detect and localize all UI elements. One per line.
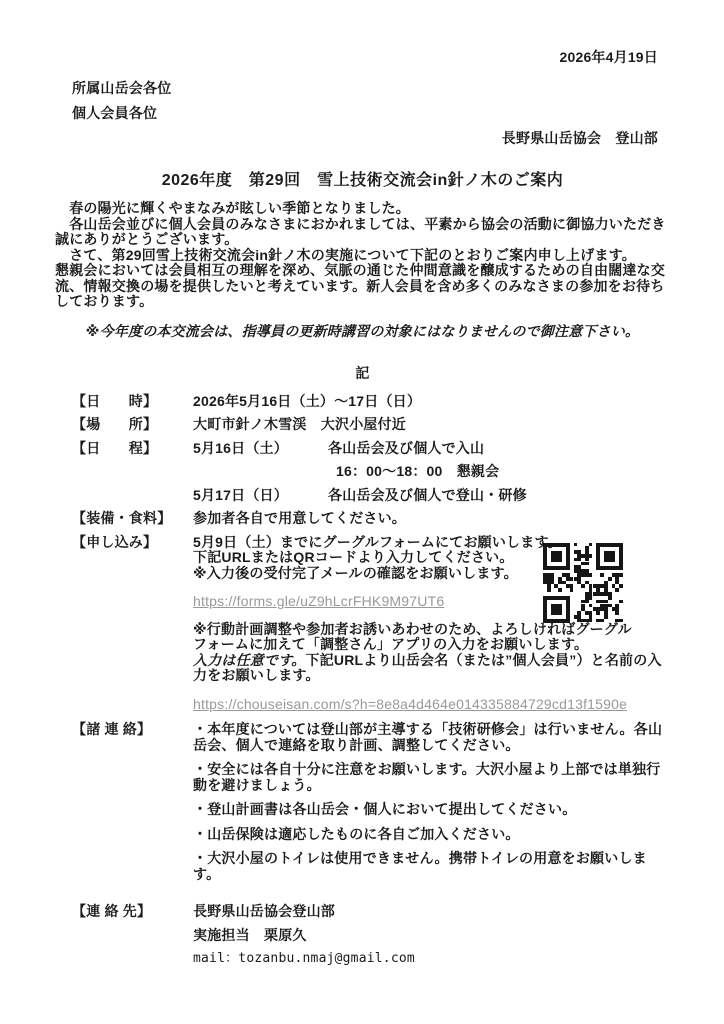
- sender-organization: 長野県山岳協会 登山部: [55, 131, 658, 147]
- intro-line: 懇親会においては会員相互の理解を深め、気脈の通じた仲間意識を醸成するための自由闊…: [55, 263, 670, 279]
- intro-line: 春の陽光に輝くやまなみが眩しい季節となりました。: [55, 201, 670, 217]
- note-line: 動を避けましょう。: [193, 778, 670, 794]
- schedule-activity: 16：00～18：00 懇親会: [328, 464, 499, 480]
- qr-finder-icon: [543, 543, 570, 570]
- detail-row-equipment: 【装備・食料】 参加者各自で用意してください。: [55, 511, 670, 527]
- detail-row-application: 【申し込み】 5月9日（土）までにグーグルフォームにてお願いします。 下記URL…: [55, 535, 670, 715]
- equipment-value: 参加者各自で用意してください。: [193, 511, 670, 527]
- qr-finder-icon: [543, 596, 570, 623]
- schedule-date: [193, 464, 328, 480]
- intro-line: さて、第29回雪上技術交流会in針ノ木の実施について下記のとおりご案内申し上げま…: [55, 248, 670, 264]
- intro-line: しております。: [55, 294, 670, 310]
- note-line: ・山岳保険は適応したものに各自ご加入ください。: [193, 827, 670, 843]
- schedule-row: 16：00～18：00 懇親会: [193, 464, 670, 480]
- recipient-individual-members: 個人会員各位: [72, 106, 670, 122]
- note-item: ・登山計画書は各山岳会・個人において提出してください。: [193, 802, 670, 818]
- schedule-row: 5月17日（日） 各山岳会及び個人で登山・研修: [193, 488, 670, 504]
- chouseisan-link[interactable]: https://chouseisan.com/s?h=8e8a4d464e014…: [193, 697, 627, 713]
- qr-finder-icon: [596, 543, 623, 570]
- datetime-value: 2026年5月16日（土）～17日（日）: [193, 394, 670, 410]
- intro-line: 各山岳会並びに個人会員のみなさまにおかれましては、平素から協会の活動に御協力いた…: [55, 217, 670, 233]
- qr-code: [543, 543, 623, 623]
- ki-marker: 記: [55, 366, 670, 382]
- document-date: 2026年4月19日: [55, 0, 658, 66]
- intro-line: 誠にありがとうございます。: [55, 232, 670, 248]
- optional-emphasis: 入力は任意です。: [193, 652, 305, 668]
- document-page: 2026年4月19日 所属山岳会各位 個人会員各位 長野県山岳協会 登山部 20…: [0, 0, 724, 1024]
- note-line: ・安全には各自十分に注意をお願いします。大沢小屋より上部では単独行: [193, 762, 670, 778]
- schedule-activity: 各山岳会及び個人で登山・研修: [328, 488, 527, 504]
- notes-label: 【諸 連 絡】: [72, 722, 193, 891]
- note-item: ・大沢小屋のトイレは使用できません。携帯トイレの用意をお願いします。: [193, 851, 670, 882]
- note-line: ・本年度については登山部が主導する「技術研修会」は行いません。各山: [193, 722, 670, 738]
- contact-email: mail：tozanbu.nmaj@gmail.com: [193, 951, 670, 967]
- recipient-affiliated-clubs: 所属山岳会各位: [72, 81, 670, 97]
- schedule-date: 5月17日（日）: [193, 488, 328, 504]
- intro-paragraphs: 春の陽光に輝くやまなみが眩しい季節となりました。 各山岳会並びに個人会員のみなさ…: [55, 201, 670, 310]
- optional-rest: 下記URLより山岳会名（または”個人会員”）と名前の入: [305, 652, 661, 668]
- intro-line: 流、情報交換の場を提供したいと考えています。新人会員を含め多くのみなさまの参加を…: [55, 279, 670, 295]
- important-notice: ※今年度の本交流会は、指導員の更新時講習の対象にはなりませんので御注意下さい。: [55, 324, 670, 340]
- note-item: ・安全には各自十分に注意をお願いします。大沢小屋より上部では単独行 動を避けまし…: [193, 762, 670, 793]
- schedule-rows: 5月16日（土） 各山岳会及び個人で入山 16：00～18：00 懇親会 5月1…: [193, 441, 670, 512]
- document-title: 2026年度 第29回 雪上技術交流会in針ノ木のご案内: [55, 172, 670, 190]
- application-label: 【申し込み】: [72, 535, 193, 715]
- application-content: 5月9日（土）までにグーグルフォームにてお願いします。 下記URLまたはQRコー…: [193, 535, 670, 715]
- detail-row-datetime: 【日 時】 2026年5月16日（土）～17日（日）: [55, 394, 670, 410]
- schedule-activity: 各山岳会及び個人で入山: [328, 441, 484, 457]
- place-label: 【場 所】: [72, 417, 193, 433]
- chousei-note-line: フォームに加えて「調整さん」アプリの入力をお願いします。: [193, 637, 670, 653]
- schedule-row: 5月16日（土） 各山岳会及び個人で入山: [193, 441, 670, 457]
- note-line: 岳会、個人で連絡を取り計画、調整してください。: [193, 738, 670, 754]
- datetime-label: 【日 時】: [72, 394, 193, 410]
- note-item: ・山岳保険は適応したものに各自ご加入ください。: [193, 827, 670, 843]
- contact-person: 実施担当 栗原久: [193, 928, 670, 944]
- detail-row-place: 【場 所】 大町市針ノ木雪渓 大沢小屋付近: [55, 417, 670, 433]
- notes-content: ・本年度については登山部が主導する「技術研修会」は行いません。各山 岳会、個人で…: [193, 722, 670, 891]
- detail-row-schedule: 【日 程】 5月16日（土） 各山岳会及び個人で入山 16：00～18：00 懇…: [55, 441, 670, 512]
- note-item: ・本年度については登山部が主導する「技術研修会」は行いません。各山 岳会、個人で…: [193, 722, 670, 753]
- contact-label: 【連 絡 先】: [72, 904, 193, 975]
- note-line: ・登山計画書は各山岳会・個人において提出してください。: [193, 802, 670, 818]
- chousei-note-line: ※行動計画調整や参加者お誘いあわせのため、よろしければグーグル: [193, 622, 670, 638]
- schedule-date: 5月16日（土）: [193, 441, 328, 457]
- detail-row-contact: 【連 絡 先】 長野県山岳協会登山部 実施担当 栗原久 mail：tozanbu…: [55, 904, 670, 975]
- google-form-link[interactable]: https://forms.gle/uZ9hLcrFHK9M97UT6: [193, 594, 444, 610]
- details-list: 【日 時】 2026年5月16日（土）～17日（日） 【場 所】 大町市針ノ木雪…: [55, 394, 670, 975]
- equipment-label: 【装備・食料】: [72, 511, 193, 527]
- optional-note-line: 力をお願いします。: [193, 668, 670, 684]
- note-line: ・大沢小屋のトイレは使用できません。携帯トイレの用意をお願いします。: [193, 851, 670, 882]
- optional-note-line: 入力は任意です。下記URLより山岳会名（または”個人会員”）と名前の入: [193, 653, 670, 669]
- place-value: 大町市針ノ木雪渓 大沢小屋付近: [193, 417, 670, 433]
- detail-row-notes: 【諸 連 絡】 ・本年度については登山部が主導する「技術研修会」は行いません。各…: [55, 722, 670, 891]
- contact-content: 長野県山岳協会登山部 実施担当 栗原久 mail：tozanbu.nmaj@gm…: [193, 904, 670, 975]
- schedule-label: 【日 程】: [72, 441, 193, 512]
- contact-organization: 長野県山岳協会登山部: [193, 904, 670, 920]
